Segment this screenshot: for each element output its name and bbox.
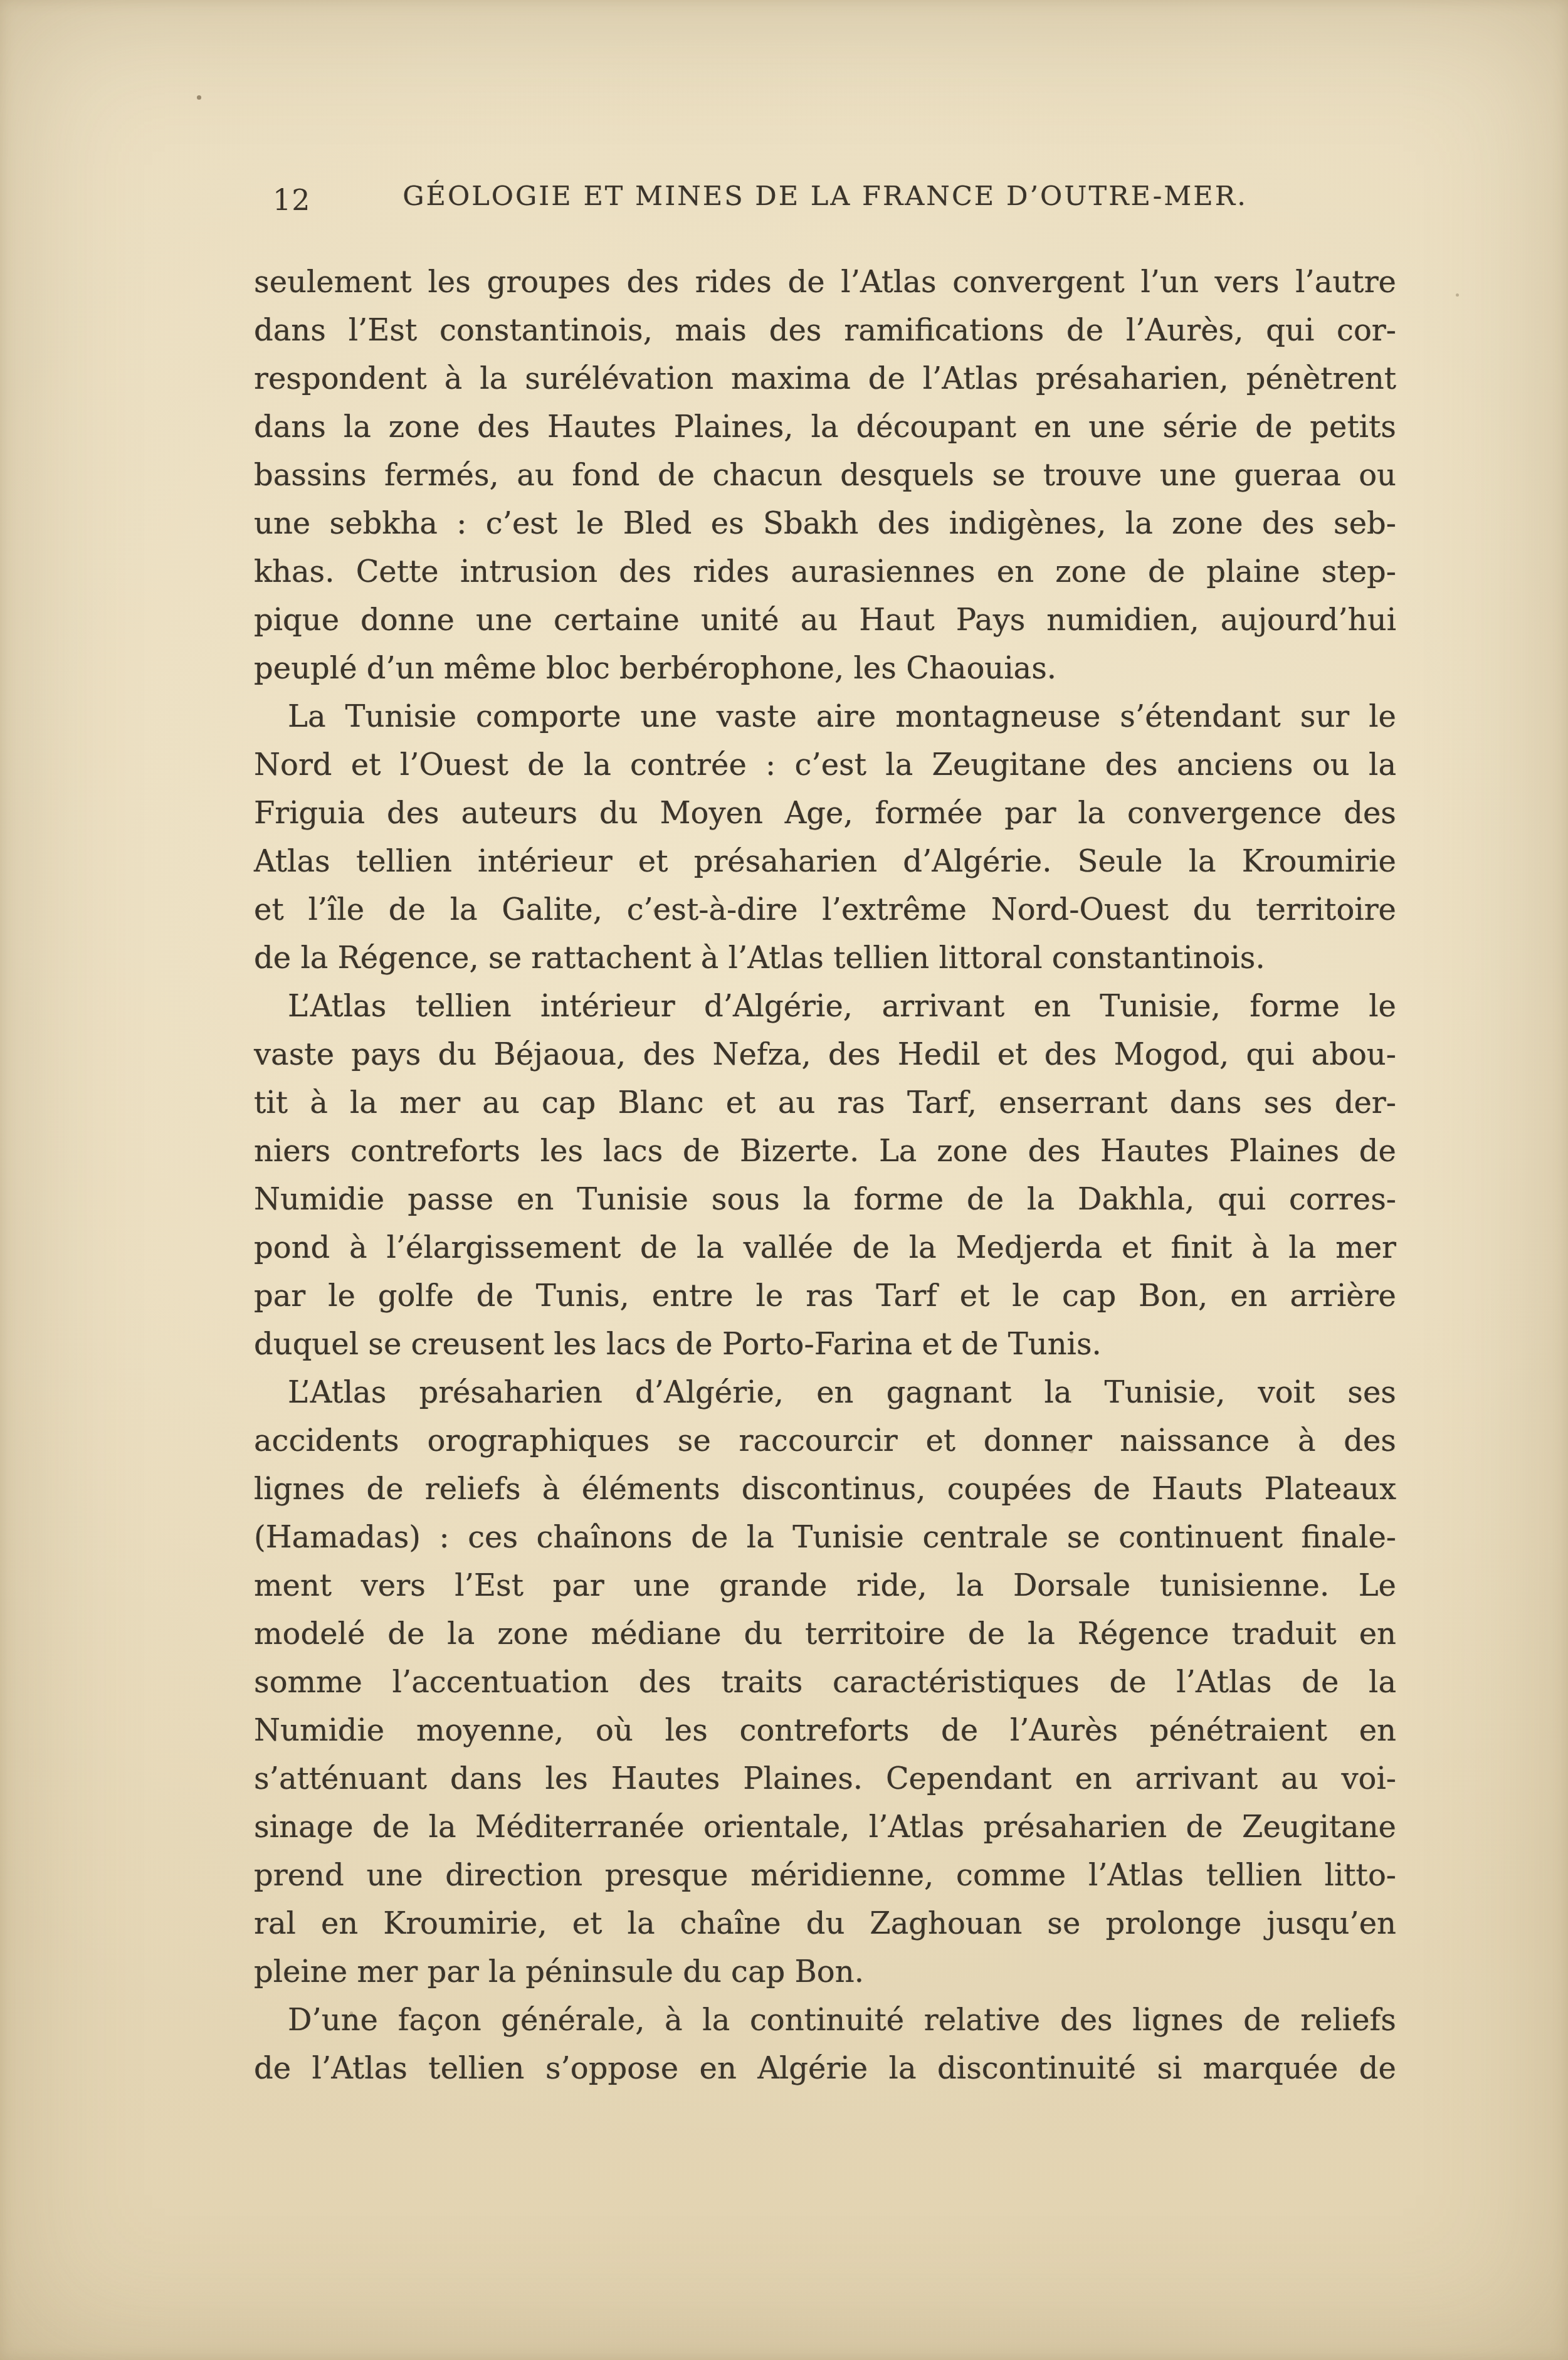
text-line: sinage de la Méditerranée orientale, l’A… <box>254 1803 1396 1852</box>
text-line: prend une direction presque méridienne, … <box>254 1852 1396 1900</box>
text-line: (Hamadas) : ces chaînons de la Tunisie c… <box>254 1514 1396 1562</box>
text-line: accidents orographiques se raccourcir et… <box>254 1417 1396 1465</box>
text-line: seulement les groupes des rides de l’Atl… <box>254 258 1396 307</box>
text-line: lignes de reliefs à éléments discontinus… <box>254 1465 1396 1514</box>
text-line: dans la zone des Hautes Plaines, la déco… <box>254 403 1396 451</box>
book-page: 12 GÉOLOGIE ET MINES DE LA FRANCE D’OUTR… <box>0 0 1568 2360</box>
text-line: une sebkha : c’est le Bled es Sbakh des … <box>254 500 1396 548</box>
text-line: dans l’Est constantinois, mais des ramif… <box>254 307 1396 355</box>
text-line: khas. Cette intrusion des rides aurasien… <box>254 548 1396 596</box>
text-line: L’Atlas présaharien d’Algérie, en gagnan… <box>254 1369 1396 1417</box>
text-line: somme l’accentuation des traits caractér… <box>254 1658 1396 1707</box>
paragraph: La Tunisie comporte une vaste aire monta… <box>254 693 1396 982</box>
text-line: Numidie moyenne, où les contreforts de l… <box>254 1707 1396 1755</box>
text-line: Atlas tellien intérieur et présaharien d… <box>254 838 1396 886</box>
text-line: Numidie passe en Tunisie sous la forme d… <box>254 1176 1396 1224</box>
text-line: de l’Atlas tellien s’oppose en Algérie l… <box>254 2045 1396 2093</box>
paragraph: L’Atlas présaharien d’Algérie, en gagnan… <box>254 1369 1396 1996</box>
paragraph: seulement les groupes des rides de l’Atl… <box>254 258 1396 693</box>
paragraph: D’une façon générale, à la continuité re… <box>254 1996 1396 2093</box>
running-title: GÉOLOGIE ET MINES DE LA FRANCE D’OUTRE-M… <box>254 181 1396 212</box>
body-text-block: seulement les groupes des rides de l’Atl… <box>254 258 1396 2093</box>
text-line: pleine mer par la péninsule du cap Bon. <box>254 1948 1396 1996</box>
paragraph: L’Atlas tellien intérieur d’Algérie, arr… <box>254 982 1396 1369</box>
text-line: respondent à la surélévation maxima de l… <box>254 355 1396 403</box>
text-line: Friguia des auteurs du Moyen Age, formée… <box>254 789 1396 838</box>
text-line: duquel se creusent les lacs de Porto-Far… <box>254 1320 1396 1369</box>
paper-speck <box>1456 293 1459 297</box>
text-line: La Tunisie comporte une vaste aire monta… <box>254 693 1396 741</box>
text-line: ral en Kroumirie, et la chaîne du Zaghou… <box>254 1900 1396 1948</box>
text-line: et l’île de la Galite, c’est-à-dire l’ex… <box>254 886 1396 934</box>
text-line: pique donne une certaine unité au Haut P… <box>254 596 1396 645</box>
text-line: de la Régence, se rattachent à l’Atlas t… <box>254 934 1396 982</box>
text-line: niers contreforts les lacs de Bizerte. L… <box>254 1127 1396 1176</box>
text-line: tit à la mer au cap Blanc et au ras Tarf… <box>254 1079 1396 1127</box>
text-line: bassins fermés, au fond de chacun desque… <box>254 451 1396 500</box>
text-line: Nord et l’Ouest de la contrée : c’est la… <box>254 741 1396 789</box>
text-line: s’atténuant dans les Hautes Plaines. Cep… <box>254 1755 1396 1803</box>
text-line: L’Atlas tellien intérieur d’Algérie, arr… <box>254 982 1396 1031</box>
paper-speck <box>197 95 201 100</box>
text-line: modelé de la zone médiane du territoire … <box>254 1610 1396 1658</box>
text-line: par le golfe de Tunis, entre le ras Tarf… <box>254 1272 1396 1320</box>
text-line: pond à l’élargissement de la vallée de l… <box>254 1224 1396 1272</box>
text-line: D’une façon générale, à la continuité re… <box>254 1996 1396 2045</box>
text-line: ment vers l’Est par une grande ride, la … <box>254 1562 1396 1610</box>
running-header: 12 GÉOLOGIE ET MINES DE LA FRANCE D’OUTR… <box>254 181 1396 224</box>
text-line: vaste pays du Béjaoua, des Nefza, des He… <box>254 1031 1396 1079</box>
text-line: peuplé d’un même bloc berbérophone, les … <box>254 645 1396 693</box>
